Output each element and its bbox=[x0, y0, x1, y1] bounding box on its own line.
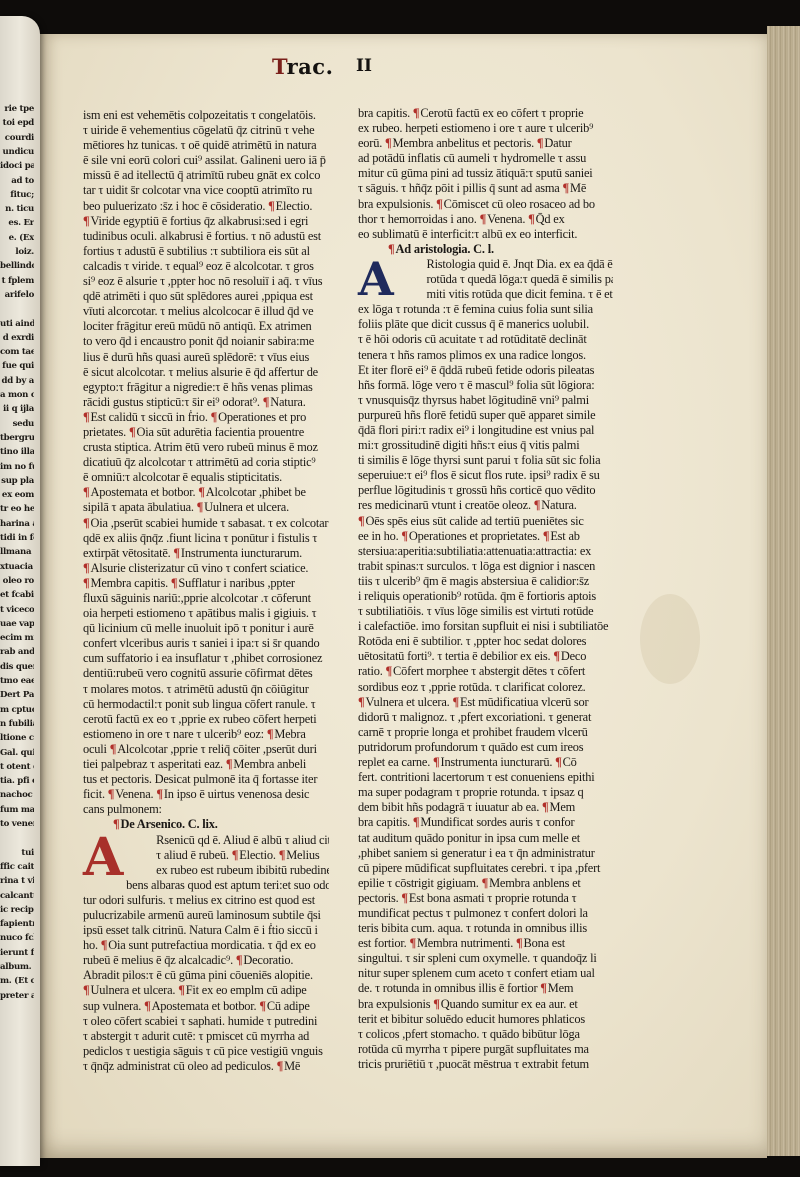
text-line: ex rubeo. herpeti estiomeno i ore τ aure… bbox=[358, 121, 613, 136]
text-line: crusta stiptica. Atrim ētū vero rubeū mi… bbox=[83, 440, 329, 455]
text-line: cans pulmonem: bbox=[83, 802, 329, 817]
facing-page-text-fragment: m cptuo bbox=[0, 703, 34, 717]
facing-page-text-fragment: to venenat: bbox=[0, 817, 34, 831]
text-line: cū hermodactil:τ ponit sub lingua cōfert… bbox=[83, 697, 329, 712]
facing-page-text-fragment: Gal. qui bbox=[0, 746, 34, 760]
text-line: fortius τ adustū ē subtilius :τ subtilio… bbox=[83, 244, 329, 259]
text-line: lociter frāgitur ereū mūdū nō antiqū. Ex… bbox=[83, 319, 329, 334]
text-line: singultui. τ sir spleni cum oxymelle. τ … bbox=[358, 951, 613, 966]
text-line: ti similis ē lōge thyrsi sunt parui τ fo… bbox=[358, 453, 613, 468]
facing-page-text-fragment: tui bbox=[0, 846, 34, 860]
text-line: mētiores hz tunicas. τ oē quidē atrimētū… bbox=[83, 138, 329, 153]
text-line: ad potādū inflatis cū aumeli τ hydromell… bbox=[358, 151, 613, 166]
text-line: uētositatū forti⁹. τ tertia ē debilior e… bbox=[358, 649, 613, 664]
text-line: τ molares motos. τ atrimētū adustū q̄n c… bbox=[83, 682, 329, 697]
text-line: tudinibus oculi. alkabrusi ē fortius. τ … bbox=[83, 229, 329, 244]
facing-page-text-fragment: calcantu t bbox=[0, 889, 34, 903]
pilcrow-mark: ¶ bbox=[401, 529, 408, 543]
text-line: eo sublimatū ē interficit:τ albū ex eo i… bbox=[358, 227, 613, 242]
pilcrow-mark: ¶ bbox=[236, 953, 243, 967]
pilcrow-mark: ¶ bbox=[129, 425, 136, 439]
text-line: egypto:τ frāgitur a nigredie:τ ē hñs ven… bbox=[83, 380, 329, 395]
pilcrow-mark: ¶ bbox=[358, 695, 365, 709]
text-line: bra capitis. ¶Mundificat sordes auris τ … bbox=[358, 815, 613, 830]
pilcrow-mark: ¶ bbox=[173, 546, 180, 560]
pilcrow-mark: ¶ bbox=[83, 576, 90, 590]
pilcrow-mark: ¶ bbox=[83, 485, 90, 499]
facing-page-text-fragment: fituc; bbox=[0, 188, 34, 202]
pilcrow-mark: ¶ bbox=[211, 410, 218, 424]
facing-page-text-fragment: sedu bbox=[0, 417, 34, 431]
facing-page-text-fragment: fue qui bbox=[0, 359, 34, 373]
text-line: missū ē ad itellectū q̄ atrimītū rubeu g… bbox=[83, 168, 329, 183]
text-line: cerotū factū ex eo τ ,pprie ex rubeo cōf… bbox=[83, 712, 329, 727]
recto-page: Trac. II ism eni est vehemētis colpozeit… bbox=[40, 34, 767, 1158]
pilcrow-mark: ¶ bbox=[537, 136, 544, 150]
text-line: terit et bibitur soluēdo educit humores … bbox=[358, 1012, 613, 1027]
text-line: prietates. ¶Oia sūt adurētia facientia p… bbox=[83, 425, 329, 440]
facing-page-text-fragment: et fcabiex bbox=[0, 588, 34, 602]
text-line: tiei palpebraz τ asperitati eaz. ¶Membra… bbox=[83, 757, 329, 772]
pilcrow-mark: ¶ bbox=[108, 787, 115, 801]
facing-page-text-fragment: ic recipiens bbox=[0, 903, 34, 917]
facing-page-text-fragment: t fplem bbox=[0, 274, 34, 288]
facing-page-text-fragment: uti aind bbox=[0, 317, 34, 331]
text-line: hñs formā. lōge vero τ ē mascul⁹ folia s… bbox=[358, 378, 613, 393]
pilcrow-mark: ¶ bbox=[563, 181, 570, 195]
pilcrow-mark: ¶ bbox=[83, 516, 90, 530]
facing-page-text-fragment: tmo eae bbox=[0, 674, 34, 688]
facing-page-text-fragment: tidi in feo bbox=[0, 531, 34, 545]
text-line: dentiū:rubeū vero cognitū assurie cōfirm… bbox=[83, 666, 329, 681]
text-line: de. τ rotunda in omnibus illis ē fortior… bbox=[358, 981, 613, 996]
facing-page-text-fragment: n. ticu bbox=[0, 202, 34, 216]
facing-page-text-fragment: tr eo he bbox=[0, 502, 34, 516]
text-line: mundificat pectus τ pulmonez τ confert d… bbox=[358, 906, 613, 921]
text-line: purpureū hñs florē fetidū super quē appa… bbox=[358, 408, 613, 423]
pilcrow-mark: ¶ bbox=[553, 649, 560, 663]
pilcrow-mark: ¶ bbox=[534, 498, 541, 512]
pilcrow-mark: ¶ bbox=[83, 561, 90, 575]
pilcrow-mark: ¶ bbox=[555, 755, 562, 769]
facing-page-text-fragment: tia. pfi cum bbox=[0, 774, 34, 788]
facing-page-text-fragment: com tae bbox=[0, 345, 34, 359]
text-line: ¶Uulnera et ulcera. ¶Fit ex eo emplm cū … bbox=[83, 983, 329, 998]
text-line: ficit. ¶Venena. ¶In ipso ē uirtus veneno… bbox=[83, 787, 329, 802]
text-line: qdē atrimēti i quo sūt splēdores aurei ,… bbox=[83, 289, 329, 304]
pilcrow-mark: ¶ bbox=[358, 514, 365, 528]
text-line: Rsenicū qd ē. Aliud ē albū τ aliud citri… bbox=[126, 833, 329, 848]
facing-page-text-fragment: llmana d bbox=[0, 545, 34, 559]
text-line: bens albaras quod est aptum teri:et suo … bbox=[126, 878, 329, 893]
pilcrow-mark: ¶ bbox=[232, 848, 239, 862]
text-line: i reliquis operationib⁹ rotūda. q̄m ē fo… bbox=[358, 589, 613, 604]
text-line: carnē τ proprie longa et prohibet fraude… bbox=[358, 725, 613, 740]
facing-page-text-fragment: ltione coit bbox=[0, 731, 34, 745]
text-line: pectoris. ¶Est bona asmati τ proprie rot… bbox=[358, 891, 613, 906]
text-line: qū licinium cū melle inuoluit ipō τ poni… bbox=[83, 621, 329, 636]
pilcrow-mark: ¶ bbox=[171, 576, 178, 590]
text-line: τ colicos ,pfert stomacho. τ quādo bibūt… bbox=[358, 1027, 613, 1042]
pilcrow-mark: ¶ bbox=[267, 727, 274, 741]
facing-page-text-fragment: Dert Pa bbox=[0, 688, 34, 702]
text-line: ¶Oia ,pserūt scabiei humide τ sabasat. τ… bbox=[83, 516, 329, 531]
decorated-initial: A bbox=[83, 835, 123, 882]
pilcrow-mark: ¶ bbox=[482, 876, 489, 890]
facing-page-text-fragment: rab andoz bbox=[0, 645, 34, 659]
text-line: bra capitis. ¶Cerotū factū ex eo cōfert … bbox=[358, 106, 613, 121]
text-line: bra expulsionis. ¶Cōmiscet cū oleo rosac… bbox=[358, 197, 613, 212]
facing-page-text-fragment: nachoc auen bbox=[0, 788, 34, 802]
text-line: putridorum profundorum τ quādo est cum i… bbox=[358, 740, 613, 755]
pilcrow-mark: ¶ bbox=[528, 212, 535, 226]
text-line: τ q̄nq̄z administrat cū oleo ad pediculo… bbox=[83, 1059, 329, 1074]
text-line: ism eni est vehemētis colpozeitatis τ co… bbox=[83, 108, 329, 123]
text-line: vīuti alcorcotar. τ melius alcolcocar ē … bbox=[83, 304, 329, 319]
text-line: mitur cū gūma pini ad tussiz ātiquā:τ sp… bbox=[358, 166, 613, 181]
facing-page-text-fragment: nuco fcbatu bbox=[0, 931, 34, 945]
text-line: ¶Apostemata et botbor. ¶Alcolcotar ,phib… bbox=[83, 485, 329, 500]
facing-page-text-fragment: ffic caita itor bbox=[0, 860, 34, 874]
text-line: ē sile vni eorū colori cui⁹ assilat. Gal… bbox=[83, 153, 329, 168]
facing-page-text-fragment: courdi bbox=[0, 131, 34, 145]
pilcrow-mark: ¶ bbox=[279, 848, 286, 862]
text-line: Ristologia quid ē. Jnqt Dia. ex ea q̄dā … bbox=[397, 257, 614, 272]
text-column-right: bra capitis. ¶Cerotū factū ex eo cōfert … bbox=[358, 106, 613, 1072]
facing-page-text-fragment: uae vapo bbox=[0, 617, 34, 631]
facing-page-text-fragment: album. t aleal bbox=[0, 960, 34, 974]
facing-page-text-fragment: ecim mitro bbox=[0, 631, 34, 645]
pilcrow-mark: ¶ bbox=[413, 815, 420, 829]
text-line: ¶Ad aristologia. C. l. bbox=[358, 242, 613, 257]
text-line: didorū τ malignoz. τ ,pfert excoriationi… bbox=[358, 710, 613, 725]
text-line: si⁹ eoz ē alsurie τ ,ppter hoc nō resolu… bbox=[83, 274, 329, 289]
text-line: tur odori sulfuris. τ melius ex citrino … bbox=[83, 893, 329, 908]
pilcrow-mark: ¶ bbox=[388, 242, 395, 256]
pilcrow-mark: ¶ bbox=[83, 214, 90, 228]
text-line: sup vulnera. ¶Apostemata et botbor. ¶Cū … bbox=[83, 999, 329, 1014]
pilcrow-mark: ¶ bbox=[277, 1059, 284, 1073]
text-line: foliis plāte que dicit cussus q̄ ē maner… bbox=[358, 317, 613, 332]
text-line: tus et pectoris. Desicat pulmonē ita q̄ … bbox=[83, 772, 329, 787]
facing-page-text-fragment: ad to bbox=[0, 174, 34, 188]
text-line: ¶Est calidū τ siccū in ḟrio. ¶Operatione… bbox=[83, 410, 329, 425]
facing-page-text-fragment: d exrdi bbox=[0, 331, 34, 345]
facing-page-text-fragment: m. (Et omnie bbox=[0, 974, 34, 988]
text-line: miti vitis rotūda que dicit femina. τ ē … bbox=[397, 287, 614, 302]
text-line: to vero q̄d i encaustro ponit q̄d noiani… bbox=[83, 334, 329, 349]
running-head-number: II bbox=[356, 56, 372, 76]
text-line: τ vnusquisq̄z thyrsus habet lōgitudinē v… bbox=[358, 393, 613, 408]
text-line: ee in ho. ¶Operationes et proprietates. … bbox=[358, 529, 613, 544]
text-line: nitur super splenem cum aceto τ confert … bbox=[358, 966, 613, 981]
fore-edge-page-stack bbox=[767, 16, 800, 1156]
text-line: ¶Membra capitis. ¶Sufflatur i naribus ,p… bbox=[83, 576, 329, 591]
running-head-capital: T bbox=[272, 54, 287, 79]
text-line: oia herpeti estiomeno τ apātibus malis i… bbox=[83, 606, 329, 621]
pilcrow-mark: ¶ bbox=[101, 938, 108, 952]
text-line: Rotōda eni ē subtilior. τ ,ppter hoc sed… bbox=[358, 634, 613, 649]
pilcrow-mark: ¶ bbox=[83, 410, 90, 424]
text-line: trabit spinas:τ surculos. τ lōga est dig… bbox=[358, 559, 613, 574]
text-line: ipsū esset talk citrinū. Natura Calm ē i… bbox=[83, 923, 329, 938]
facing-page-text-fragment: ex eom bbox=[0, 488, 34, 502]
background-top-right bbox=[740, 12, 800, 26]
pilcrow-mark: ¶ bbox=[226, 757, 233, 771]
text-line: sordibus eoz τ ,pprie rotūda. τ clarific… bbox=[358, 680, 613, 695]
text-line: ¶Alsurie clisterizatur cū vino τ confert… bbox=[83, 561, 329, 576]
pilcrow-mark: ¶ bbox=[542, 800, 549, 814]
facing-page-text-fragment: t vicecol bbox=[0, 603, 34, 617]
text-line: dem bibit hñs podagrā τ iuuatur ab ea. ¶… bbox=[358, 800, 613, 815]
text-line: oculi ¶Alcolcotar ,pprie τ reliq̄ cōiter… bbox=[83, 742, 329, 757]
text-line: τ aliud ē rubeū. ¶Electio. ¶Melius bbox=[126, 848, 329, 863]
facing-page-text-fragment: tbergru bbox=[0, 431, 34, 445]
text-line: lius ē durū hñs quasi aureū splēdorē: τ … bbox=[83, 350, 329, 365]
text-line: seperuiue:τ ei⁹ flos ē sicut flos rute. … bbox=[358, 468, 613, 483]
text-line: teris bibita cum. aqua. τ rotunda in omn… bbox=[358, 921, 613, 936]
text-line: ma super podagram τ proprie rotunda. τ i… bbox=[358, 785, 613, 800]
text-line: ¶Vulnera et ulcera. ¶Est mūdificatiua vl… bbox=[358, 695, 613, 710]
text-line: ē omniū:τ alcolcotar ē equalis stipticit… bbox=[83, 470, 329, 485]
text-line: fluxū sāguinis nariū:,pprie alcolcotar .… bbox=[83, 591, 329, 606]
text-line: replet ea carne. ¶Instrumenta iuncturarū… bbox=[358, 755, 613, 770]
pilcrow-mark: ¶ bbox=[385, 136, 392, 150]
running-head-label: rac. bbox=[287, 54, 334, 79]
facing-page-text-fragment: xtuacia dt bbox=[0, 560, 34, 574]
text-line: ¶De Arsenico. C. lix. bbox=[83, 817, 329, 832]
facing-page-text-fragment: es. Er bbox=[0, 216, 34, 230]
text-line: ¶Oēs spēs eius sūt calide ad tertiū puen… bbox=[358, 514, 613, 529]
text-line: tar τ uidit s̄r colcotar vna vice cooptū… bbox=[83, 183, 329, 198]
text-line: ,phibet saniem si generatur i ea τ q̄n a… bbox=[358, 846, 613, 861]
text-line: confert vlceribus auris τ saniei i ipa:τ… bbox=[83, 636, 329, 651]
text-line: fert. contritioni lacertorum τ est conue… bbox=[358, 770, 613, 785]
text-line: τ oleo cōfert scabiei τ saphati. humide … bbox=[83, 1014, 329, 1029]
text-line: i calefactiōe. imo forsitan supfluit ei … bbox=[358, 619, 613, 634]
text-line: mi:τ grossitudinē digiti hñs:τ eius q̄ v… bbox=[358, 438, 613, 453]
facing-page-text-fragment: ii q ijla bbox=[0, 402, 34, 416]
pilcrow-mark: ¶ bbox=[113, 817, 120, 831]
facing-page-text-fragment: e. (Ex bbox=[0, 231, 34, 245]
text-line: stersiua:aperitia:subtiliatia:attenuatia… bbox=[358, 544, 613, 559]
decorated-initial: A bbox=[358, 259, 394, 300]
text-line: cū pipere mūdificat supfluitates cerebri… bbox=[358, 861, 613, 876]
text-line: tiis τ ulcerib⁹ q̄m ē magis abstersiua ē… bbox=[358, 574, 613, 589]
text-line: cum suffatorio i ea insuflatur τ ,phibet… bbox=[83, 651, 329, 666]
facing-page-text-fragment: preter alfum bbox=[0, 989, 34, 1003]
pilcrow-mark: ¶ bbox=[156, 787, 163, 801]
text-line: ¶Viride egyptiū ē fortius q̄z alkabrusi:… bbox=[83, 214, 329, 229]
facing-page-text-fragment: sup pla bbox=[0, 474, 34, 488]
text-line: Abradit pilos:τ ē cū gūma pini cōueniēs … bbox=[83, 968, 329, 983]
facing-page-text-fragment: undicu bbox=[0, 145, 34, 159]
text-line: rotūda cū myrrha τ pipere purgāt supflui… bbox=[358, 1042, 613, 1057]
running-head-title: Trac. bbox=[272, 54, 333, 79]
pilcrow-mark: ¶ bbox=[263, 395, 270, 409]
facing-page-text-fragment: dd by a bbox=[0, 374, 34, 388]
pilcrow-mark: ¶ bbox=[178, 983, 185, 997]
pilcrow-mark: ¶ bbox=[433, 755, 440, 769]
text-line: τ abstergit τ adurit cutē: τ pmiscet cū … bbox=[83, 1029, 329, 1044]
pilcrow-mark: ¶ bbox=[452, 695, 459, 709]
facing-page-text-fragment: t otent q bbox=[0, 760, 34, 774]
pilcrow-mark: ¶ bbox=[413, 106, 420, 120]
facing-page-text-fragment: im no fui bbox=[0, 460, 34, 474]
text-line: est fortior. ¶Membra nutrimenti. ¶Bona e… bbox=[358, 936, 613, 951]
facing-page-text-fragment: oleo ro bbox=[0, 574, 34, 588]
pilcrow-mark: ¶ bbox=[543, 529, 550, 543]
facing-page-text-fragment: n fubiliai bbox=[0, 717, 34, 731]
text-line: ex rubeo est rubeum ibibitū rubedine ha bbox=[126, 863, 329, 878]
text-line: dicatiuū q̄z alcolcotar τ attrimētū ad c… bbox=[83, 455, 329, 470]
text-line: thor τ hemorroidas i ano. ¶Venena. ¶Q̄d … bbox=[358, 212, 613, 227]
text-line: estiomeno in ore τ nare τ ulcerib⁹ eoz: … bbox=[83, 727, 329, 742]
text-line: qdē ex aliis q̄nq̄z .fiunt licina τ ponū… bbox=[83, 531, 329, 546]
text-line: τ sāguis. τ hñq̄z pōit i pillis q̄ sunt … bbox=[358, 181, 613, 196]
text-line: perflue lōgitudinis τ grossū hñs corticē… bbox=[358, 483, 613, 498]
text-line: extirpāt vētositatē. ¶Instrumenta iunctu… bbox=[83, 546, 329, 561]
pilcrow-mark: ¶ bbox=[198, 485, 205, 499]
text-line: tenera τ hñs ramos plimos ex una radice … bbox=[358, 348, 613, 363]
text-line: beo puluerizato :s̄z i hoc ē cōsideratio… bbox=[83, 199, 329, 214]
pilcrow-mark: ¶ bbox=[386, 664, 393, 678]
facing-page-text-fragment: toi epd bbox=[0, 116, 34, 130]
text-line: τ ē hōi odoris cū acuitate τ ad rotūdita… bbox=[358, 332, 613, 347]
facing-page-text-fragment: rie tpe bbox=[0, 102, 34, 116]
facing-page-text-fragment: ierunt fe aled bbox=[0, 946, 34, 960]
facing-page-text-fragment: idoci pai bbox=[0, 159, 34, 173]
text-line: τ uiride ē vehementius cōgelatū q̄z citr… bbox=[83, 123, 329, 138]
facing-page-text-fragment: loiz. bbox=[0, 245, 34, 259]
text-line: rācidi gustus stipticū:τ s̄ir ei⁹ odorat… bbox=[83, 395, 329, 410]
text-line: Et iter florē ei⁹ ē q̄ddā rubeū fetide o… bbox=[358, 363, 613, 378]
text-line: pulucrizabile armenū aureū laminosum sub… bbox=[83, 908, 329, 923]
pilcrow-mark: ¶ bbox=[197, 500, 204, 514]
text-line: tricis pruriētiū τ ,puocāt mēstrua τ ext… bbox=[358, 1057, 613, 1072]
text-line: bra expulsionis ¶Quando sumitur ex ea au… bbox=[358, 997, 613, 1012]
pilcrow-mark: ¶ bbox=[268, 199, 275, 213]
text-line: ē sicut alcolcotar. τ melius alsurie ē q… bbox=[83, 365, 329, 380]
facing-page-text-fragment: fum marfa bbox=[0, 803, 34, 817]
facing-page-text-fragment: harina agi bbox=[0, 517, 34, 531]
text-line: rotūda τ quedā lōga:τ quedā ē similis pa… bbox=[397, 272, 614, 287]
text-line: ho. ¶Oia sunt putrefactiua mordicatia. τ… bbox=[83, 938, 329, 953]
pilcrow-mark: ¶ bbox=[110, 742, 117, 756]
facing-page-text-fragment: dis quem ea bbox=[0, 660, 34, 674]
text-line: tat auditum quādo ponitur in ipsa cum me… bbox=[358, 831, 613, 846]
facing-page-text-fragment: tino illa bbox=[0, 445, 34, 459]
facing-page-text-fragment: arifelo bbox=[0, 288, 34, 302]
pilcrow-mark: ¶ bbox=[540, 981, 547, 995]
facing-page-text-fragment: a mon coe bbox=[0, 388, 34, 402]
text-line: ex lōga τ rotunda :τ ē femina cuius foli… bbox=[358, 302, 613, 317]
pilcrow-mark: ¶ bbox=[516, 936, 523, 950]
pilcrow-mark: ¶ bbox=[433, 997, 440, 1011]
pilcrow-mark: ¶ bbox=[83, 983, 90, 997]
text-line: eorū. ¶Membra anbelitus et pectoris. ¶Da… bbox=[358, 136, 613, 151]
facing-page-text-fragment: bellindo bbox=[0, 259, 34, 273]
pilcrow-mark: ¶ bbox=[401, 891, 408, 905]
text-line: pediclos τ uestigia sāguis τ cū pice ves… bbox=[83, 1044, 329, 1059]
text-line: calcadis τ viride. τ equal⁹ eoz ē alcolc… bbox=[83, 259, 329, 274]
text-line: ratio. ¶Cōfert morphee τ abstergit dētes… bbox=[358, 664, 613, 679]
text-line: epilie τ cōstrigit gigiuam. ¶Membra anbl… bbox=[358, 876, 613, 891]
facing-page-edge: rie tpetoi epdcourdiundicuidoci paiad to… bbox=[0, 16, 40, 1166]
text-line: sipilā τ apata ābulatiua. ¶Uulnera et ul… bbox=[83, 500, 329, 515]
facing-page-text-fragment: rina t vitui bbox=[0, 874, 34, 888]
pilcrow-mark: ¶ bbox=[480, 212, 487, 226]
pilcrow-mark: ¶ bbox=[144, 999, 151, 1013]
facing-page-text-fragment: fapientnbuf bbox=[0, 917, 34, 931]
pilcrow-mark: ¶ bbox=[409, 936, 416, 950]
pilcrow-mark: ¶ bbox=[436, 197, 443, 211]
text-line: τ subtiliatiōis. τ vīus lōge similis est… bbox=[358, 604, 613, 619]
text-line: rubeū ē melius ē q̄z alcalcadic⁹. ¶Decor… bbox=[83, 953, 329, 968]
text-line: res medicinarū vtunt i creatōe oleoz. ¶N… bbox=[358, 498, 613, 513]
paper-stain bbox=[640, 594, 700, 684]
text-line: q̄dā flori piri:τ radix ei⁹ i longitudin… bbox=[358, 423, 613, 438]
text-column-left: ism eni est vehemētis colpozeitatis τ co… bbox=[83, 108, 329, 1074]
pilcrow-mark: ¶ bbox=[259, 999, 266, 1013]
